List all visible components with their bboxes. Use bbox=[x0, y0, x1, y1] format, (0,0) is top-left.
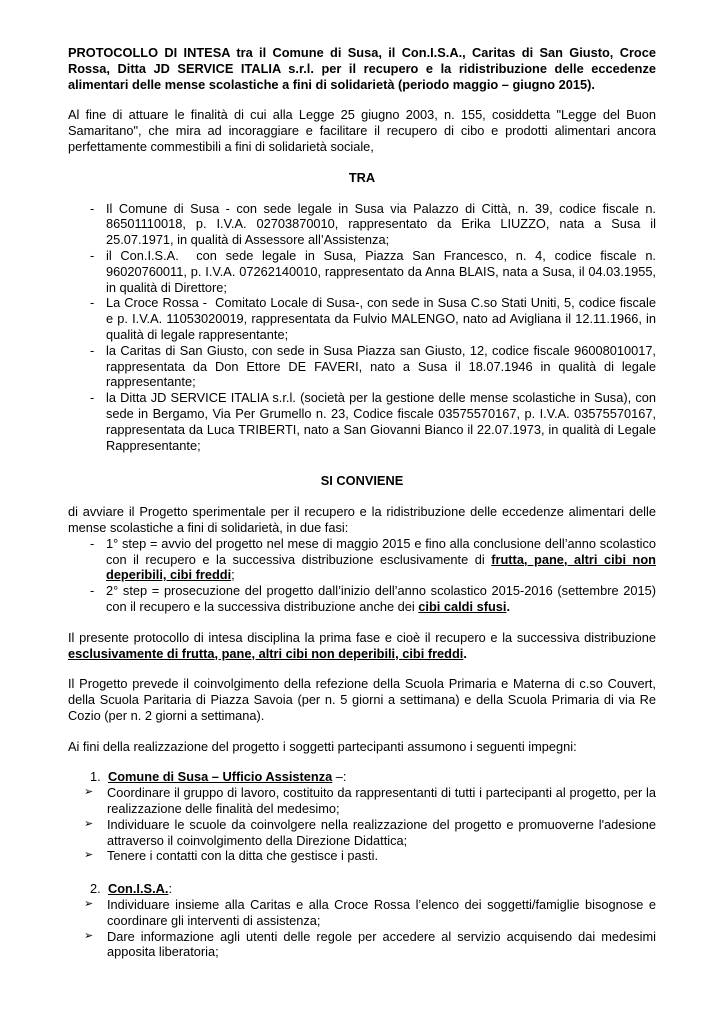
party-item: - La Croce Rossa - Comitato Locale di Su… bbox=[68, 295, 656, 342]
commitment-text: Individuare insieme alla Caritas e alla … bbox=[107, 897, 656, 928]
section-number: 2. bbox=[90, 881, 101, 897]
commitments-list: ➢ Individuare insieme alla Caritas e all… bbox=[68, 897, 656, 960]
commitment-item: ➢ Individuare insieme alla Caritas e all… bbox=[68, 897, 656, 929]
commitment-section-2: 2. Con.I.S.A.: ➢ Individuare insieme all… bbox=[68, 881, 656, 960]
agreement-intro: di avviare il Progetto sperimentale per … bbox=[68, 504, 656, 536]
step-item: - 1° step = avvio del progetto nel mese … bbox=[68, 536, 656, 583]
arrow-bullet-icon: ➢ bbox=[84, 848, 93, 864]
heading-tra: TRA bbox=[68, 170, 656, 186]
commitments-intro: Ai fini della realizzazione del progetto… bbox=[68, 739, 656, 755]
section-title-row: 2. Con.I.S.A.: bbox=[68, 881, 656, 897]
step-text: 2° step = prosecuzione del progetto dall… bbox=[106, 583, 656, 614]
commitment-item: ➢ Individuare le scuole da coinvolgere n… bbox=[68, 817, 656, 849]
party-text: la Caritas di San Giusto, con sede in Su… bbox=[106, 343, 656, 390]
heading-si-conviene: SI CONVIENE bbox=[68, 473, 656, 489]
dash-bullet-icon: - bbox=[90, 343, 94, 359]
section-title: Con.I.S.A.: bbox=[108, 881, 172, 896]
intro-paragraph: Al fine di attuare le finalità di cui al… bbox=[68, 107, 656, 154]
arrow-bullet-icon: ➢ bbox=[84, 785, 93, 801]
dash-bullet-icon: - bbox=[90, 583, 94, 599]
arrow-bullet-icon: ➢ bbox=[84, 929, 93, 945]
commitment-text: Coordinare il gruppo di lavoro, costitui… bbox=[107, 785, 656, 816]
party-text: Il Comune di Susa - con sede legale in S… bbox=[106, 201, 656, 248]
commitment-item: ➢ Tenere i contatti con la ditta che ges… bbox=[68, 848, 656, 864]
commitment-text: Tenere i contatti con la ditta che gesti… bbox=[107, 848, 378, 863]
commitment-text: Individuare le scuole da coinvolgere nel… bbox=[107, 817, 656, 848]
document-title: PROTOCOLLO DI INTESA tra il Comune di Su… bbox=[68, 45, 656, 92]
party-item: - il Con.I.S.A. con sede legale in Susa,… bbox=[68, 248, 656, 295]
step-item: - 2° step = prosecuzione del progetto da… bbox=[68, 583, 656, 615]
commitment-item: ➢ Coordinare il gruppo di lavoro, costit… bbox=[68, 785, 656, 817]
party-item: - Il Comune di Susa - con sede legale in… bbox=[68, 201, 656, 248]
party-item: - la Caritas di San Giusto, con sede in … bbox=[68, 343, 656, 390]
party-text: la Ditta JD SERVICE ITALIA s.r.l. (socie… bbox=[106, 390, 656, 452]
protocol-scope-paragraph: Il presente protocollo di intesa discipl… bbox=[68, 630, 656, 662]
dash-bullet-icon: - bbox=[90, 295, 94, 311]
section-title-row: 1. Comune di Susa – Ufficio Assistenza –… bbox=[68, 769, 656, 785]
dash-bullet-icon: - bbox=[90, 248, 94, 264]
project-scope-paragraph: Il Progetto prevede il coinvolgimento de… bbox=[68, 676, 656, 723]
arrow-bullet-icon: ➢ bbox=[84, 897, 93, 913]
dash-bullet-icon: - bbox=[90, 536, 94, 552]
commitment-text: Dare informazione agli utenti delle rego… bbox=[107, 929, 656, 960]
dash-bullet-icon: - bbox=[90, 390, 94, 406]
commitment-item: ➢ Dare informazione agli utenti delle re… bbox=[68, 929, 656, 961]
steps-list: - 1° step = avvio del progetto nel mese … bbox=[68, 536, 656, 615]
commitment-section-1: 1. Comune di Susa – Ufficio Assistenza –… bbox=[68, 769, 656, 864]
dash-bullet-icon: - bbox=[90, 201, 94, 217]
section-number: 1. bbox=[90, 769, 101, 785]
document-page: PROTOCOLLO DI INTESA tra il Comune di Su… bbox=[0, 0, 724, 1024]
arrow-bullet-icon: ➢ bbox=[84, 817, 93, 833]
step-text: 1° step = avvio del progetto nel mese di… bbox=[106, 536, 656, 583]
party-text: La Croce Rossa - Comitato Locale di Susa… bbox=[106, 295, 656, 342]
party-text: il Con.I.S.A. con sede legale in Susa, P… bbox=[106, 248, 656, 295]
section-title: Comune di Susa – Ufficio Assistenza –: bbox=[108, 769, 346, 784]
party-item: - la Ditta JD SERVICE ITALIA s.r.l. (soc… bbox=[68, 390, 656, 453]
commitments-list: ➢ Coordinare il gruppo di lavoro, costit… bbox=[68, 785, 656, 864]
parties-list: - Il Comune di Susa - con sede legale in… bbox=[68, 201, 656, 454]
